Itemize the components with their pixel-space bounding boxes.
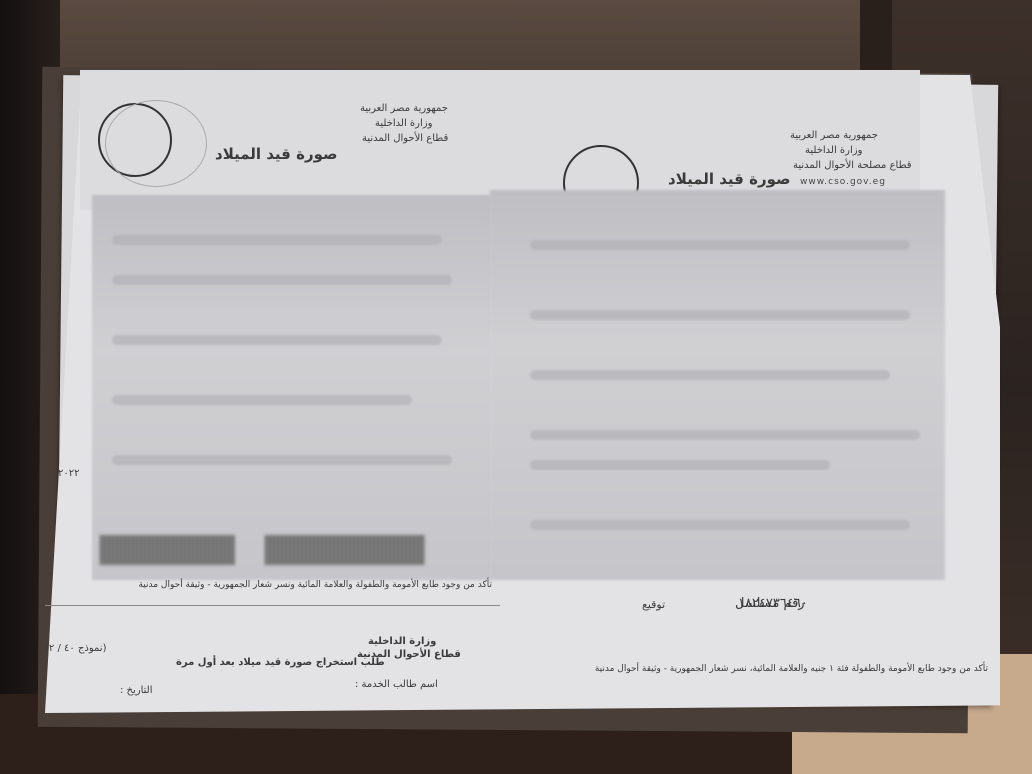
form-ministry: وزارة الداخلية bbox=[368, 636, 436, 647]
website-url: www.cso.gov.eg bbox=[800, 177, 886, 187]
right-header-line-2: وزارة الداخلية bbox=[805, 145, 862, 156]
right-certificate-title: صورة قيد الميلاد bbox=[668, 170, 790, 188]
left-footer-notice: تأكد من وجود طابع الأمومة والطفولة والعل… bbox=[72, 579, 492, 591]
right-barcode-blurred bbox=[265, 535, 425, 565]
left-header-line-2: وزارة الداخلية bbox=[375, 118, 432, 129]
right-header-line-3: قطاع مصلحة الأحوال المدنية bbox=[793, 160, 912, 171]
left-certificate-blurred-body bbox=[92, 195, 492, 580]
date-label: التاريخ : bbox=[120, 685, 153, 696]
left-certificate-title: صورة قيد الميلاد bbox=[215, 145, 337, 163]
left-header-line-3: قطاع الأحوال المدنية bbox=[362, 133, 448, 144]
left-footer-divider bbox=[45, 605, 500, 606]
form-number: (نموذج ٤٠ / ٢) bbox=[45, 643, 106, 654]
applicant-name-label: اسم طالب الخدمة : bbox=[355, 679, 438, 690]
right-footer-notice: تأكد من وجود طابع الأمومة والطفولة فئة ١… bbox=[568, 663, 988, 675]
right-header-line-1: جمهورية مصر العربية bbox=[790, 130, 878, 141]
serial-number: ١٨٢٤٧٣٦٤٦٠ bbox=[738, 596, 808, 611]
right-certificate-blurred-body bbox=[490, 190, 945, 580]
left-seal-ring-icon bbox=[105, 100, 207, 187]
left-side-date-fragment: ٢٠٢٢ bbox=[58, 468, 79, 479]
left-barcode-blurred bbox=[100, 535, 235, 565]
form-title: طلب استخراج صورة قيد ميلاد بعد أول مرة bbox=[176, 657, 385, 668]
left-header-line-1: جمهورية مصر العربية bbox=[360, 103, 448, 114]
signature-label: توقيع bbox=[642, 598, 665, 611]
